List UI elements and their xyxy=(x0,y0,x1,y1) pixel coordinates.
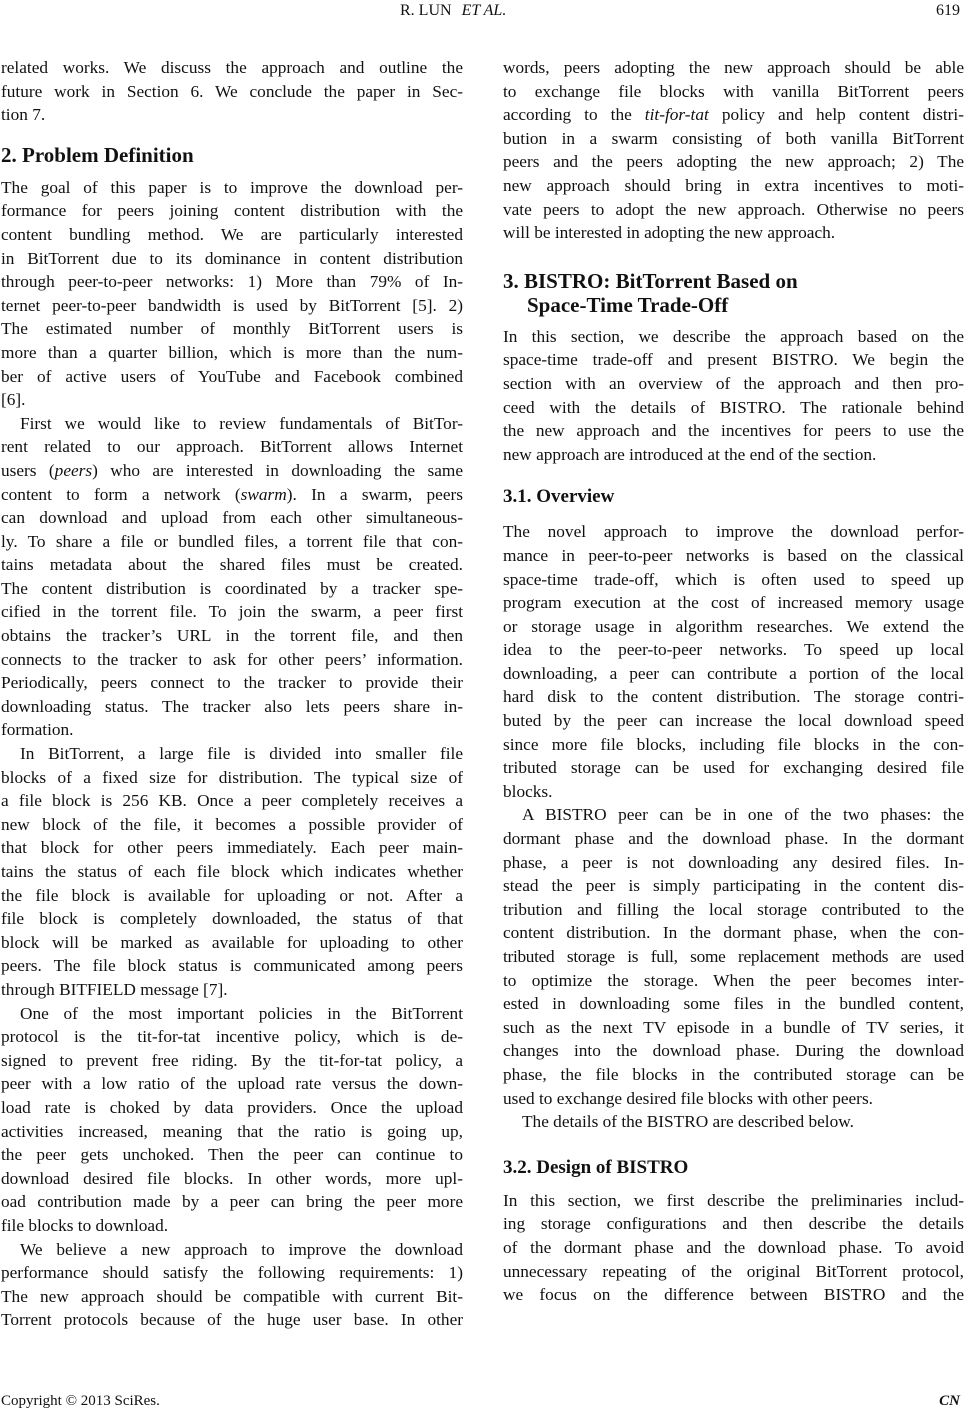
copyright-notice: Copyright © 2013 SciRes. xyxy=(1,1393,160,1410)
text-line: oad contribution made by a peer can brin… xyxy=(1,1190,463,1214)
text-line: blocks of a fixed size for distribution.… xyxy=(1,766,463,790)
text-line: formation. xyxy=(1,718,463,742)
section-heading-overview: 3.1. Overview xyxy=(503,485,964,509)
text-line: space-time trade-off and present BISTRO.… xyxy=(503,348,964,372)
paragraph-requirements-continued: words, peers adopting the new approach s… xyxy=(503,56,964,245)
text-line: The goal of this paper is to improve the… xyxy=(1,176,463,200)
text-line: of the dormant phase and the download ph… xyxy=(503,1236,964,1260)
text-line: the file block is available for uploadin… xyxy=(1,884,463,908)
text-line: ly. To share a file or bundled files, a … xyxy=(1,530,463,554)
running-header: R. LUN ET AL. xyxy=(400,2,506,20)
text-line: we focus on the difference between BISTR… xyxy=(503,1283,964,1307)
text-line: file blocks to download. xyxy=(1,1214,463,1238)
paragraph-overview: The novel approach to improve the downlo… xyxy=(503,520,964,803)
paragraph-phases: A BISTRO peer can be in one of the two p… xyxy=(503,803,964,1110)
text-line: Torrent protocols because of the huge us… xyxy=(1,1308,463,1332)
journal-abbreviation: CN xyxy=(939,1393,960,1410)
text-line: content bundling method. We are particul… xyxy=(1,223,463,247)
text-line: through peer-to-peer networks: 1) More t… xyxy=(1,270,463,294)
text-line: to optimize the storage. When the peer b… xyxy=(503,969,964,993)
text-line: obtains the tracker’s URL in the torrent… xyxy=(1,624,463,648)
text-line: in BitTorrent due to its dominance in co… xyxy=(1,247,463,271)
section-heading-problem-definition: 2. Problem Definition xyxy=(1,143,463,167)
text-line: block will be marked as available for up… xyxy=(1,931,463,955)
text-line: changes into the download phase. During … xyxy=(503,1039,964,1063)
running-title: R. LUN xyxy=(400,2,452,19)
text-line: will be interested in adopting the new a… xyxy=(503,221,964,245)
text-line: blocks. xyxy=(503,780,964,804)
text-run: users ( xyxy=(1,461,55,480)
text-line: One of the most important policies in th… xyxy=(1,1002,463,1026)
text-line: downloading, a peer can contribute a por… xyxy=(503,662,964,686)
text-line: activities increased, meaning that the r… xyxy=(1,1120,463,1144)
text-line: the peer gets unchoked. Then the peer ca… xyxy=(1,1143,463,1167)
paragraph-fundamentals: First we would like to review fundamenta… xyxy=(1,412,463,742)
text-line: tion 7. xyxy=(1,103,463,127)
text-line: download desired file blocks. In other w… xyxy=(1,1167,463,1191)
text-line: mance in peer-to-peer networks is based … xyxy=(503,544,964,568)
text-line: peers. The file block status is communic… xyxy=(1,954,463,978)
running-title-italic: ET AL. xyxy=(462,2,507,19)
text-line: related works. We discuss the approach a… xyxy=(1,56,463,80)
text-line: connects to the tracker to ask for other… xyxy=(1,648,463,672)
left-column: related works. We discuss the approach a… xyxy=(1,56,463,1332)
text-line: In this section, we first describe the p… xyxy=(503,1189,964,1213)
text-run: according to the xyxy=(503,105,645,124)
text-line: In BitTorrent, a large file is divided i… xyxy=(1,742,463,766)
text-line: that block for other peers immediately. … xyxy=(1,836,463,860)
text-line: content to form a network (swarm). In a … xyxy=(1,483,463,507)
text-line: downloading status. The tracker also let… xyxy=(1,695,463,719)
text-line: peer with a low ratio of the upload rate… xyxy=(1,1072,463,1096)
page-number: 619 xyxy=(936,2,960,20)
text-line: phase, the file blocks in the contribute… xyxy=(503,1063,964,1087)
text-line: such as the next TV episode in a bundle … xyxy=(503,1016,964,1040)
text-line: The novel approach to improve the downlo… xyxy=(503,520,964,544)
text-line: load rate is choked by data providers. O… xyxy=(1,1096,463,1120)
text-line: since more file blocks, including file b… xyxy=(503,733,964,757)
text-line: In this section, we describe the approac… xyxy=(503,325,964,349)
text-line: idea to the peer-to-peer networks. To sp… xyxy=(503,638,964,662)
paragraph-section3-intro: In this section, we describe the approac… xyxy=(503,325,964,467)
paragraph-details-below: The details of the BISTRO are described … xyxy=(503,1110,964,1134)
text-run: ) who are interested in downloading the … xyxy=(92,461,463,480)
text-line: future work in Section 6. We conclude th… xyxy=(1,80,463,104)
text-line: unnecessary repeating of the original Bi… xyxy=(503,1260,964,1284)
text-line: more than a quarter billion, which is mo… xyxy=(1,341,463,365)
paragraph-goal: The goal of this paper is to improve the… xyxy=(1,176,463,412)
text-line: vate peers to adopt the new approach. Ot… xyxy=(503,198,964,222)
term-tit-for-tat: tit-for-tat xyxy=(645,105,709,124)
text-line: The content distribution is coordinated … xyxy=(1,577,463,601)
text-line: used to exchange desired file blocks wit… xyxy=(503,1087,964,1111)
right-column: words, peers adopting the new approach s… xyxy=(503,56,964,1307)
text-line: stead the peer is simply participating i… xyxy=(503,874,964,898)
text-run: ). In a swarm, peers xyxy=(287,485,463,504)
heading-line: 3. BISTRO: BitTorrent Based on xyxy=(503,269,964,293)
text-line: dormant phase and the download phase. In… xyxy=(503,827,964,851)
text-line: buted by the peer can increase the local… xyxy=(503,709,964,733)
text-line: can download and upload from each other … xyxy=(1,506,463,530)
paragraph-file-blocks: In BitTorrent, a large file is divided i… xyxy=(1,742,463,1002)
text-line: new approach should bring in extra incen… xyxy=(503,174,964,198)
text-line: We believe a new approach to improve the… xyxy=(1,1238,463,1262)
text-line: or storage usage in algorithm researches… xyxy=(503,615,964,639)
text-line: Periodically, peers connect to the track… xyxy=(1,671,463,695)
text-line: users (peers) who are interested in down… xyxy=(1,459,463,483)
text-line: file block is completely downloaded, the… xyxy=(1,907,463,931)
text-line: new block of the file, it becomes a poss… xyxy=(1,813,463,837)
text-line: ternet peer-to-peer bandwidth is used by… xyxy=(1,294,463,318)
heading-line: Space-Time Trade-Off xyxy=(503,293,964,317)
text-run: policy and help content distri- xyxy=(709,105,964,124)
term-peers: peers xyxy=(55,461,92,480)
text-line: [6]. xyxy=(1,388,463,412)
text-run: content to form a network ( xyxy=(1,485,241,504)
text-line: space-time trade-off, which is often use… xyxy=(503,568,964,592)
text-line: ber of active users of YouTube and Faceb… xyxy=(1,365,463,389)
text-line: rent related to our approach. BitTorrent… xyxy=(1,435,463,459)
text-line: hard disk to the content distribution. T… xyxy=(503,685,964,709)
text-line: content distribution. In the dormant pha… xyxy=(503,921,964,945)
text-line: program execution at the cost of increas… xyxy=(503,591,964,615)
text-line: The estimated number of monthly BitTorre… xyxy=(1,317,463,341)
paragraph-design: In this section, we first describe the p… xyxy=(503,1189,964,1307)
text-line: tribution and filling the local storage … xyxy=(503,898,964,922)
text-line: peers and the peers adopting the new app… xyxy=(503,150,964,174)
text-line: phase, a peer is not downloading any des… xyxy=(503,851,964,875)
text-line: signed to prevent free riding. By the ti… xyxy=(1,1049,463,1073)
text-line: ested in downloading some files in the b… xyxy=(503,992,964,1016)
text-line: bution in a swarm consisting of both van… xyxy=(503,127,964,151)
text-line: according to the tit-for-tat policy and … xyxy=(503,103,964,127)
text-line: tributed storage is full, some replaceme… xyxy=(503,945,964,969)
text-line: First we would like to review fundamenta… xyxy=(1,412,463,436)
text-line: a file block is 256 KB. Once a peer comp… xyxy=(1,789,463,813)
text-line: cified in the torrent file. To join the … xyxy=(1,600,463,624)
text-line: protocol is the tit-for-tat incentive po… xyxy=(1,1025,463,1049)
text-line: words, peers adopting the new approach s… xyxy=(503,56,964,80)
text-line: section with an overview of the approach… xyxy=(503,372,964,396)
text-line: tributed storage can be used for exchang… xyxy=(503,756,964,780)
text-line: ceed with the details of BISTRO. The rat… xyxy=(503,396,964,420)
section-heading-bistro: 3. BISTRO: BitTorrent Based on Space-Tim… xyxy=(503,269,964,317)
text-line: formance for peers joining content distr… xyxy=(1,199,463,223)
text-line: new approach are introduced at the end o… xyxy=(503,443,964,467)
text-line: through BITFIELD message [7]. xyxy=(1,978,463,1002)
text-line: the new approach and the incentives for … xyxy=(503,419,964,443)
text-line: A BISTRO peer can be in one of the two p… xyxy=(503,803,964,827)
intro-paragraph: related works. We discuss the approach a… xyxy=(1,56,463,127)
text-line: tains the status of each file block whic… xyxy=(1,860,463,884)
text-line: The new approach should be compatible wi… xyxy=(1,1285,463,1309)
section-heading-design: 3.2. Design of BISTRO xyxy=(503,1156,964,1180)
text-line: to exchange file blocks with vanilla Bit… xyxy=(503,80,964,104)
text-line: ing storage configurations and then desc… xyxy=(503,1212,964,1236)
text-line: performance should satisfy the following… xyxy=(1,1261,463,1285)
term-swarm: swarm xyxy=(241,485,287,504)
paragraph-tit-for-tat: One of the most important policies in th… xyxy=(1,1002,463,1238)
text-line: tains metadata about the shared files mu… xyxy=(1,553,463,577)
paragraph-requirements: We believe a new approach to improve the… xyxy=(1,1238,463,1332)
